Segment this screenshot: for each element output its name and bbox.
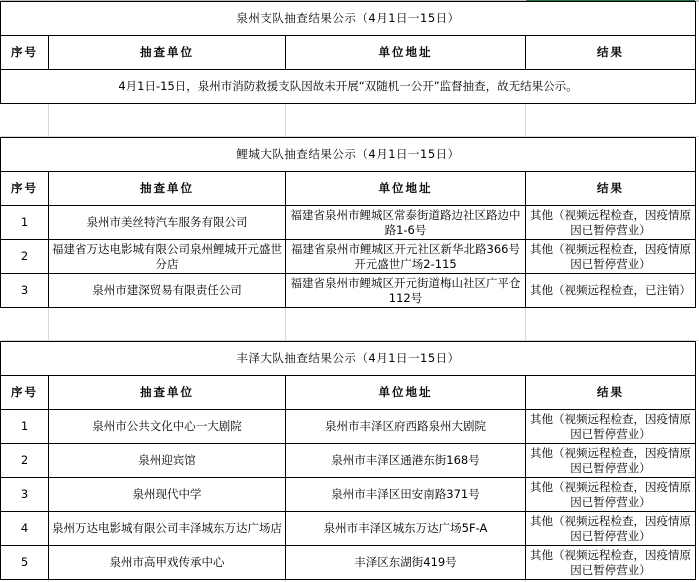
cell-unit[interactable]: 福建省万达电影城有限公司泉州鲤城开元盛世分店: [49, 240, 286, 274]
cell-unit[interactable]: 泉州市建深贸易有限责任公司: [49, 274, 286, 308]
header-no[interactable]: 序号: [1, 376, 49, 410]
section-quanzhou-detachment: 泉州支队抽查结果公示（4月1日一15日） 序号 抽查单位 单位地址 结果 4月1…: [0, 1, 696, 104]
cell-address[interactable]: 泉州市丰泽区通港东街168号: [286, 444, 526, 478]
cell-no[interactable]: 3: [1, 478, 49, 512]
table-row: 3 泉州市建深贸易有限责任公司 福建省泉州市鲤城区开元街道梅山社区广平仓112号…: [1, 274, 696, 308]
header-address[interactable]: 单位地址: [286, 36, 526, 70]
cell-no[interactable]: 1: [1, 206, 49, 240]
cell-no[interactable]: 3: [1, 274, 49, 308]
cell-unit[interactable]: 泉州万达电影城有限公司丰泽城东万达广场店: [49, 512, 286, 546]
header-no[interactable]: 序号: [1, 172, 49, 206]
table-row: 4 泉州万达电影城有限公司丰泽城东万达广场店 泉州市丰泽区城东万达广场5F-A …: [1, 512, 696, 546]
cell-address[interactable]: 福建省泉州市鲤城区开元社区新华北路366号开元盛世广场2-115: [286, 240, 526, 274]
cell-result[interactable]: 其他（视频远程检查，因疫情原因已暂停营业）: [526, 444, 696, 478]
cell-result[interactable]: 其他（视频远程检查，因疫情原因已暂停营业）: [526, 478, 696, 512]
cell-unit[interactable]: 泉州现代中学: [49, 478, 286, 512]
spreadsheet: 泉州支队抽查结果公示（4月1日一15日） 序号 抽查单位 单位地址 结果 4月1…: [0, 0, 699, 582]
cell-address[interactable]: 福建省泉州市鲤城区开元街道梅山社区广平仓112号: [286, 274, 526, 308]
cell-unit[interactable]: 泉州迎宾馆: [49, 444, 286, 478]
cell-unit[interactable]: 泉州市高甲戏传承中心: [49, 546, 286, 580]
cell-result[interactable]: 其他（视频远程检查，因疫情原因已暂停营业）: [526, 206, 696, 240]
table-row: 2 泉州迎宾馆 泉州市丰泽区通港东街168号 其他（视频远程检查，因疫情原因已暂…: [1, 444, 696, 478]
header-unit[interactable]: 抽查单位: [49, 172, 286, 206]
cell-address[interactable]: 福建省泉州市鲤城区常泰街道路边社区路边中路1-6号: [286, 206, 526, 240]
header-address[interactable]: 单位地址: [286, 172, 526, 206]
section-title[interactable]: 丰泽大队抽查结果公示（4月1日一15日）: [1, 342, 696, 376]
header-unit[interactable]: 抽查单位: [49, 376, 286, 410]
cell-address[interactable]: 泉州市丰泽区田安南路371号: [286, 478, 526, 512]
cell-result[interactable]: 其他（视频远程检查，因疫情原因已暂停营业）: [526, 240, 696, 274]
cell-address[interactable]: 泉州市丰泽区城东万达广场5F-A: [286, 512, 526, 546]
cell-address[interactable]: 丰泽区东湖街419号: [286, 546, 526, 580]
header-no[interactable]: 序号: [1, 36, 49, 70]
cell-address[interactable]: 泉州市丰泽区府西路泉州大剧院: [286, 410, 526, 444]
cell-no[interactable]: 1: [1, 410, 49, 444]
no-result-note[interactable]: 4月1日-15日，泉州市消防救援支队因故未开展“双随机一公开”监督抽查，故无结果…: [1, 70, 696, 104]
cell-no[interactable]: 2: [1, 240, 49, 274]
header-result[interactable]: 结果: [526, 376, 696, 410]
table-row: 1 泉州市美丝特汽车服务有限公司 福建省泉州市鲤城区常泰街道路边社区路边中路1-…: [1, 206, 696, 240]
table-row: 1 泉州市公共文化中心一大剧院 泉州市丰泽区府西路泉州大剧院 其他（视频远程检查…: [1, 410, 696, 444]
cell-no[interactable]: 4: [1, 512, 49, 546]
section-licheng-brigade: 鲤城大队抽查结果公示（4月1日一15日） 序号 抽查单位 单位地址 结果 1 泉…: [0, 137, 696, 308]
header-address[interactable]: 单位地址: [286, 376, 526, 410]
table-row: 3 泉州现代中学 泉州市丰泽区田安南路371号 其他（视频远程检查，因疫情原因已…: [1, 478, 696, 512]
cell-no[interactable]: 2: [1, 444, 49, 478]
cell-result[interactable]: 其他（视频远程检查，因疫情原因已暂停营业）: [526, 546, 696, 580]
table-row: 5 泉州市高甲戏传承中心 丰泽区东湖街419号 其他（视频远程检查，因疫情原因已…: [1, 546, 696, 580]
cell-unit[interactable]: 泉州市美丝特汽车服务有限公司: [49, 206, 286, 240]
section-fengze-brigade: 丰泽大队抽查结果公示（4月1日一15日） 序号 抽查单位 单位地址 结果 1 泉…: [0, 341, 696, 580]
header-unit[interactable]: 抽查单位: [49, 36, 286, 70]
header-result[interactable]: 结果: [526, 36, 696, 70]
table-row: 2 福建省万达电影城有限公司泉州鲤城开元盛世分店 福建省泉州市鲤城区开元社区新华…: [1, 240, 696, 274]
cell-unit[interactable]: 泉州市公共文化中心一大剧院: [49, 410, 286, 444]
section-title[interactable]: 鲤城大队抽查结果公示（4月1日一15日）: [1, 138, 696, 172]
cell-result[interactable]: 其他（视频远程检查，因疫情原因已暂停营业）: [526, 512, 696, 546]
cell-result[interactable]: 其他（视频远程检查，已注销）: [526, 274, 696, 308]
cell-no[interactable]: 5: [1, 546, 49, 580]
section-title[interactable]: 泉州支队抽查结果公示（4月1日一15日）: [1, 2, 696, 36]
header-result[interactable]: 结果: [526, 172, 696, 206]
cell-result[interactable]: 其他（视频远程检查，因疫情原因已暂停营业）: [526, 410, 696, 444]
